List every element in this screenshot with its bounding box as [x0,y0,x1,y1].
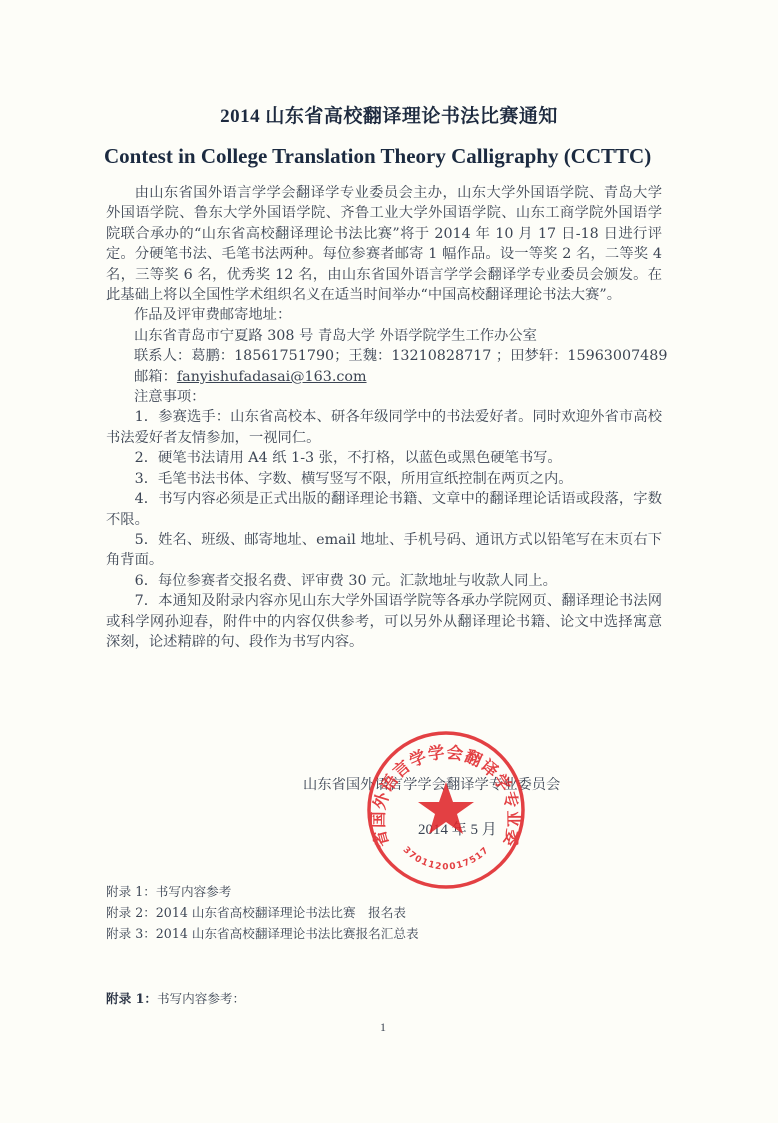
email-line: 邮箱：fanyishufadasai@163.com [106,367,662,387]
svg-text:3701120017517: 3701120017517 [401,845,492,872]
note-item-6: 6．每位参赛者交报名费、评审费 30 元。汇款地址与收款人同上。 [106,571,662,591]
mailing-label: 作品及评审费邮寄地址： [106,305,662,325]
note-item-3: 3．毛笔书法书体、字数、横写竖写不限，所用宣纸控制在两页之内。 [106,469,662,489]
appendix-item-1: 附录 1：书写内容参考 [106,881,419,902]
note-item-2: 2．硬笔书法请用 A4 纸 1-3 张，不打格，以蓝色或黑色硬笔书写。 [106,448,662,468]
mailing-address: 山东省青岛市宁夏路 308 号 青岛大学 外语学院学生工作办公室 [106,326,662,346]
signature-date: 2014 年 5 月 [418,818,497,839]
contacts-value: 葛鹏：18561751790；王魏：13210828717 ；田梦轩：15963… [191,348,667,364]
appendix-heading-text: 书写内容参考： [157,991,245,1006]
official-seal-icon: 山东省国外语言学学会翻译学专业委员会 3701120017517 [366,730,526,890]
title-chinese: 2014 山东省高校翻译理论书法比赛通知 [0,101,778,128]
note-item-1: 1．参赛选手：山东省高校本、研各年级同学中的书法爱好者。同时欢迎外省市高校书法爱… [106,407,662,448]
contacts-line: 联系人：葛鹏：18561751790；王魏：13210828717 ；田梦轩：1… [106,346,662,366]
title-english: Contest in College Translation Theory Ca… [104,144,651,169]
appendix-heading-label: 附录 1： [106,991,157,1006]
email-link[interactable]: fanyishufadasai@163.com [177,369,367,385]
appendix-1-heading: 附录 1：书写内容参考： [106,988,245,1007]
note-item-4: 4．书写内容必须是正式出版的翻译理论书籍、文章中的翻译理论话语或段落，字数不限。 [106,489,662,530]
appendix-item-2: 附录 2：2014 山东省高校翻译理论书法比赛 报名表 [106,902,419,923]
email-label: 邮箱： [134,369,177,385]
appendix-item-3: 附录 3：2014 山东省高校翻译理论书法比赛报名汇总表 [106,923,419,944]
notice-body: 由山东省国外语言学学会翻译学专业委员会主办，山东大学外国语学院、青岛大学外国语学… [106,183,662,652]
note-item-5: 5．姓名、班级、邮寄地址、email 地址、手机号码、通讯方式以铅笔写在末页右下… [106,530,662,571]
contacts-label: 联系人： [134,348,191,364]
note-item-7: 7．本通知及附录内容亦见山东大学外国语学院等各承办学院网页、翻译理论书法网或科学… [106,591,662,652]
page-number: 1 [380,1020,386,1035]
signature-organization: 山东省国外语言学学会翻译学专业委员会 [303,774,560,794]
notes-label: 注意事项： [106,387,662,407]
intro-paragraph: 由山东省国外语言学学会翻译学专业委员会主办，山东大学外国语学院、青岛大学外国语学… [106,183,662,305]
document-page: 2014 山东省高校翻译理论书法比赛通知 Contest in College … [0,0,778,1123]
appendix-list: 附录 1：书写内容参考 附录 2：2014 山东省高校翻译理论书法比赛 报名表 … [106,881,419,944]
